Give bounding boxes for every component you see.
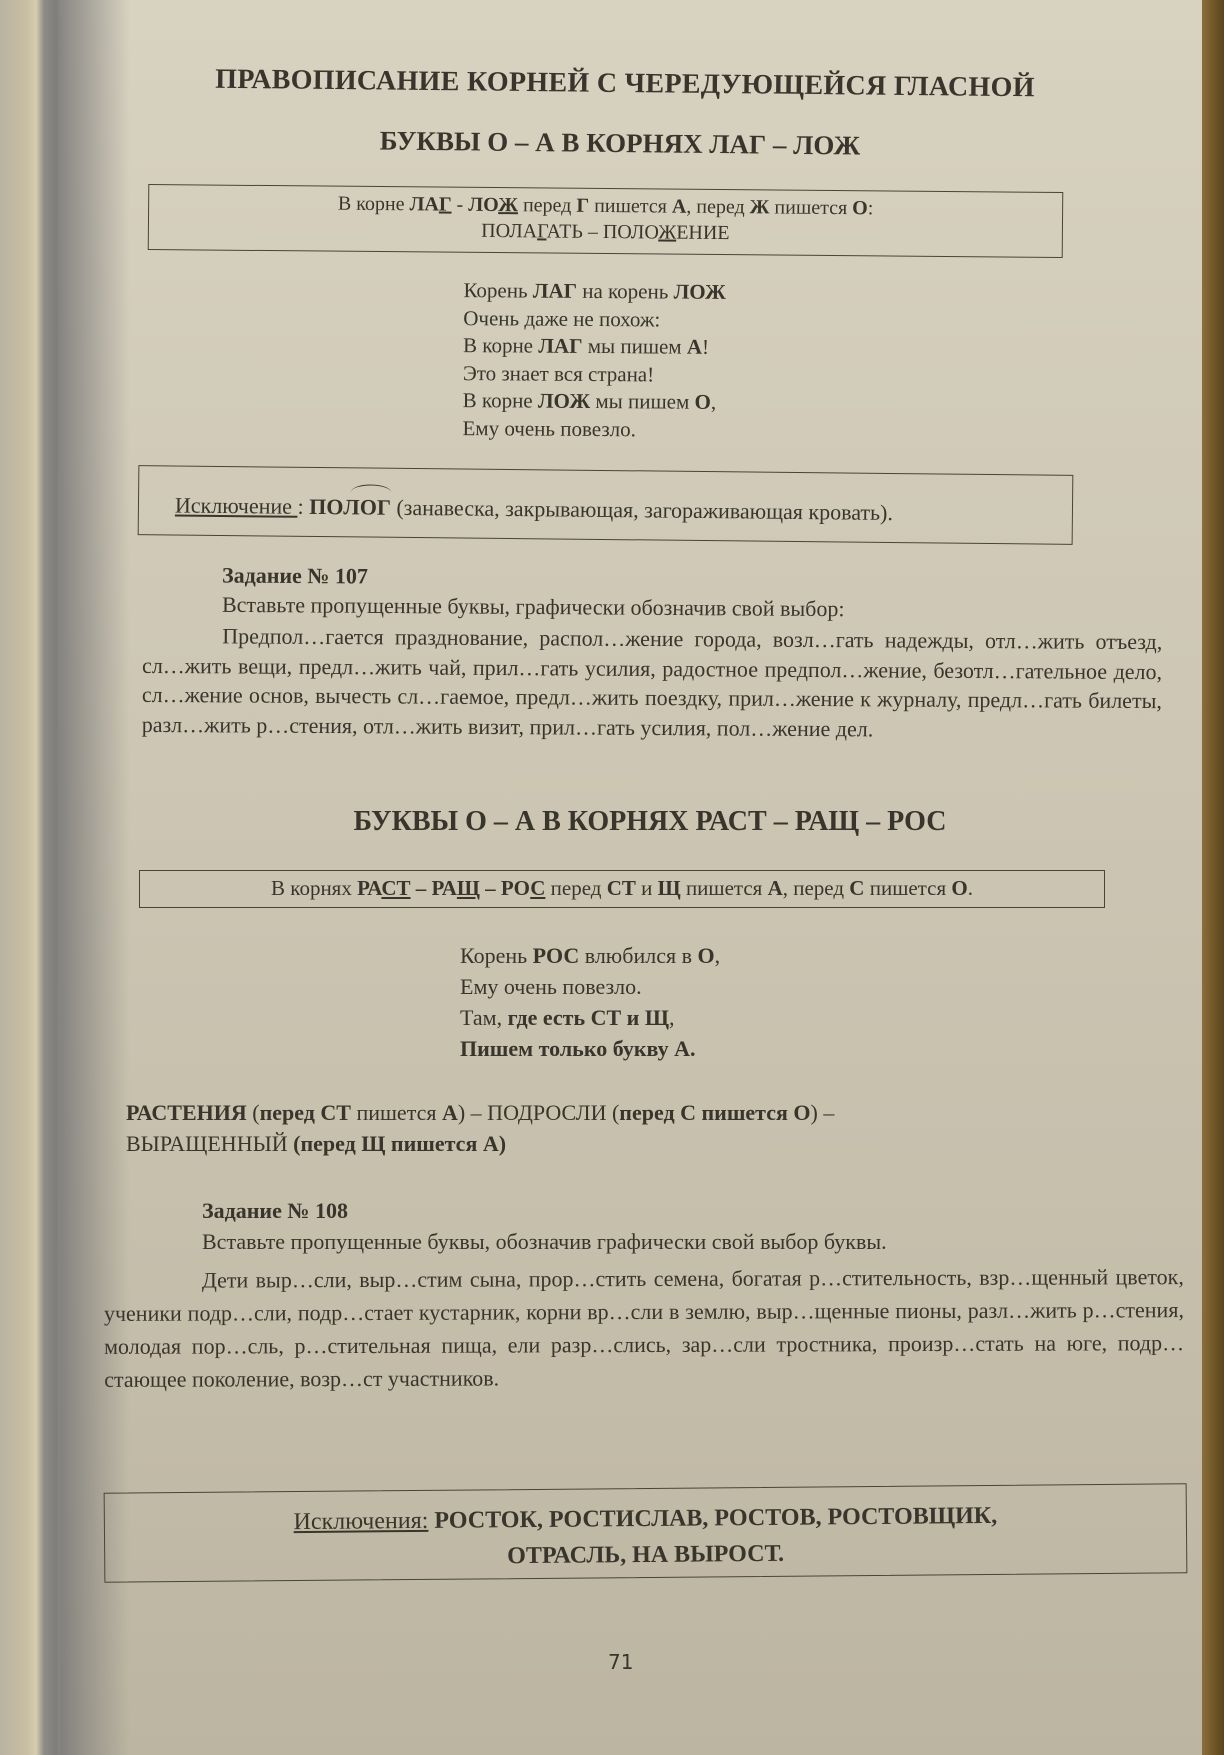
task-108-text: Дети выр…сли, выр…стим сына, прор…стить …	[104, 1260, 1184, 1396]
exception-word: ПОЛОГ	[309, 494, 391, 520]
rule-text: В корне	[338, 193, 410, 216]
poem-lag-lozh: Корень ЛАГ на корень ЛОЖОчень даже не по…	[462, 277, 726, 444]
exception-box-polog: Исключение : ПОЛОГ (занавеска, закрывающ…	[138, 465, 1074, 545]
textbook-page: ПРАВОПИСАНИЕ КОРНЕЙ С ЧЕРЕДУЮЩЕЙСЯ ГЛАСН…	[60, 0, 1210, 1755]
poem-line: Там, где есть СТ и Щ,	[460, 1002, 720, 1033]
poem-line: Корень РОС влюбился в О,	[460, 940, 720, 971]
exception-description: (занавеска, закрывающая, загораживающая …	[391, 495, 893, 525]
root-lag: ЛАГ	[409, 193, 451, 215]
task-107-instruction: Вставьте пропущенные буквы, графически о…	[222, 592, 845, 622]
poem-ros: Корень РОС влюбился в О,Ему очень повезл…	[460, 940, 720, 1064]
poem-line: Корень ЛАГ на корень ЛОЖ	[463, 277, 726, 306]
task-108-instruction: Вставьте пропущенные буквы, обозначив гр…	[202, 1229, 887, 1255]
examples-rast-ros-rashch: РАСТЕНИЯ (перед СТ пишется А) – ПОДРОСЛИ…	[126, 1097, 1126, 1159]
exception-label: Исключение	[175, 492, 298, 518]
section1-heading: БУКВЫ О – А В КОРНЯХ ЛАГ – ЛОЖ	[260, 124, 980, 163]
page-number: 71	[608, 1650, 633, 1674]
wooden-surface-edge	[1202, 0, 1224, 1755]
poem-line: В корне ЛАГ мы пишем А!	[463, 332, 726, 361]
poem-line: Ему очень повезло.	[460, 971, 720, 1002]
root-arc-mark: ЛОГ	[343, 494, 391, 520]
task-107-title: Задание № 107	[222, 562, 368, 589]
root-lozh: ЛОЖ	[468, 194, 518, 216]
exception-label: Исключения:	[293, 1508, 428, 1535]
rule-box-rast-rashch-ros: В корнях РАСТ – РАЩ – РОС перед СТ и Щ п…	[139, 870, 1105, 908]
poem-line: В корне ЛОЖ мы пишем О,	[463, 387, 726, 416]
section2-heading: БУКВЫ О – А В КОРНЯХ РАСТ – РАЩ – РОС	[200, 806, 1100, 838]
rule-box-lag-lozh: В корне ЛАГ - ЛОЖ перед Г пишется А, пер…	[148, 184, 1064, 258]
poem-line: Очень даже не похож:	[463, 305, 726, 334]
main-heading: ПРАВОПИСАНИЕ КОРНЕЙ С ЧЕРЕДУЮЩЕЙСЯ ГЛАСН…	[190, 63, 1060, 104]
poem-line: Пишем только букву А.	[460, 1033, 720, 1064]
task-107-text: Предпол…гается празднование, распол…жени…	[142, 621, 1163, 745]
poem-line: Ему очень повезло.	[462, 415, 725, 444]
poem-line: Это знает вся страна!	[463, 360, 726, 389]
task-108-title: Задание № 108	[202, 1198, 348, 1224]
exception-box-rost: Исключения: РОСТОК, РОСТИСЛАВ, РОСТОВ, Р…	[104, 1483, 1188, 1582]
